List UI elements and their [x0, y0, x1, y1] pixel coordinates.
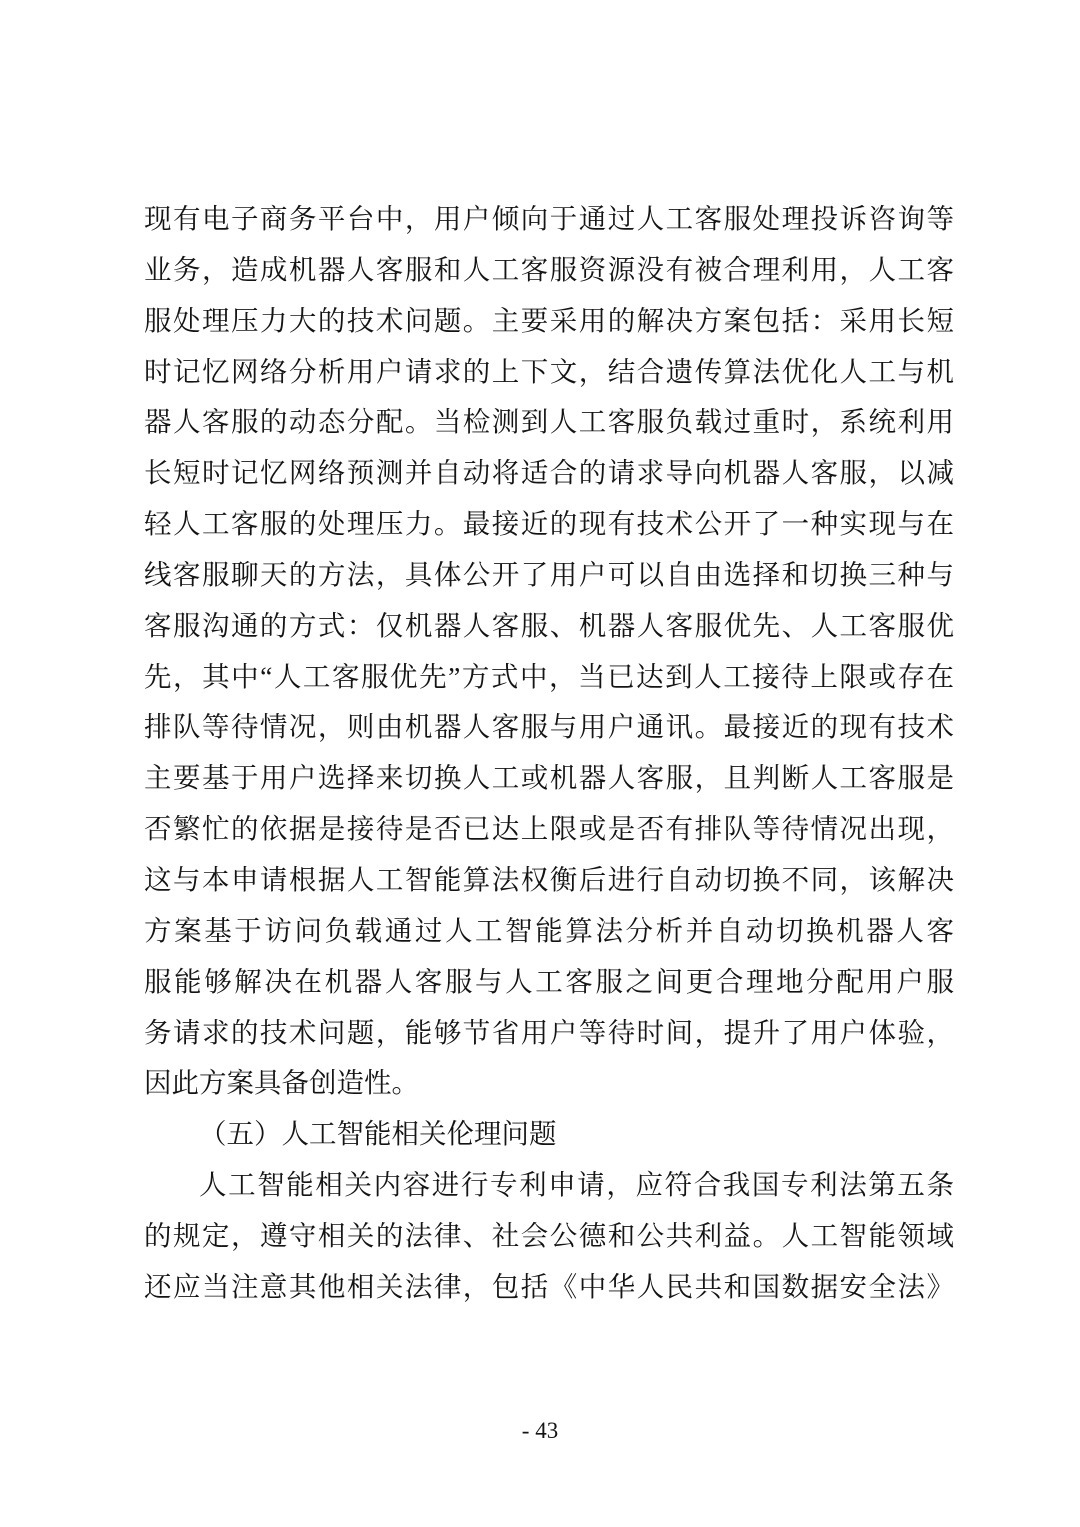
page-footer: - 43 [0, 1418, 1080, 1444]
document-body: 现有电子商务平台中，用户倾向于通过人工客服处理投诉咨询等业务，造成机器人客服和人… [144, 194, 954, 1313]
text-line: 时记忆网络分析用户请求的上下文，结合遗传算法优化人工与机 [144, 347, 954, 398]
text-line: 业务，造成机器人客服和人工客服资源没有被合理利用，人工客 [144, 245, 954, 296]
text-line: 否繁忙的依据是接待是否已达上限或是否有排队等待情况出现， [144, 804, 954, 855]
text-line: 客服沟通的方式：仅机器人客服、机器人客服优先、人工客服优 [144, 601, 954, 652]
text-line: 服能够解决在机器人客服与人工客服之间更合理地分配用户服 [144, 957, 954, 1008]
text-line: 务请求的技术问题，能够节省用户等待时间，提升了用户体验， [144, 1008, 954, 1059]
text-line: 现有电子商务平台中，用户倾向于通过人工客服处理投诉咨询等 [144, 194, 954, 245]
text-line: 排队等待情况，则由机器人客服与用户通讯。最接近的现有技术 [144, 702, 954, 753]
text-line: 还应当注意其他相关法律，包括《中华人民共和国数据安全法》 [144, 1262, 954, 1313]
text-line: 器人客服的动态分配。当检测到人工客服负载过重时，系统利用 [144, 397, 954, 448]
text-line: 因此方案具备创造性。 [144, 1058, 954, 1109]
text-line: 长短时记忆网络预测并自动将适合的请求导向机器人客服，以减 [144, 448, 954, 499]
text-line: 线客服聊天的方法，具体公开了用户可以自由选择和切换三种与 [144, 550, 954, 601]
text-line: 服处理压力大的技术问题。主要采用的解决方案包括：采用长短 [144, 296, 954, 347]
section-heading: （五）人工智能相关伦理问题 [144, 1109, 954, 1160]
text-line: 的规定，遵守相关的法律、社会公德和公共利益。人工智能领域 [144, 1211, 954, 1262]
document-page: 现有电子商务平台中，用户倾向于通过人工客服处理投诉咨询等业务，造成机器人客服和人… [0, 0, 1080, 1527]
text-line: 轻人工客服的处理压力。最接近的现有技术公开了一种实现与在 [144, 499, 954, 550]
text-line: 人工智能相关内容进行专利申请，应符合我国专利法第五条 [144, 1160, 954, 1211]
text-line: 先，其中“人工客服优先”方式中，当已达到人工接待上限或存在 [144, 652, 954, 703]
page-number: - 43 [522, 1418, 558, 1443]
text-line: 这与本申请根据人工智能算法权衡后进行自动切换不同，该解决 [144, 855, 954, 906]
text-line: 主要基于用户选择来切换人工或机器人客服，且判断人工客服是 [144, 753, 954, 804]
text-line: 方案基于访问负载通过人工智能算法分析并自动切换机器人客 [144, 906, 954, 957]
